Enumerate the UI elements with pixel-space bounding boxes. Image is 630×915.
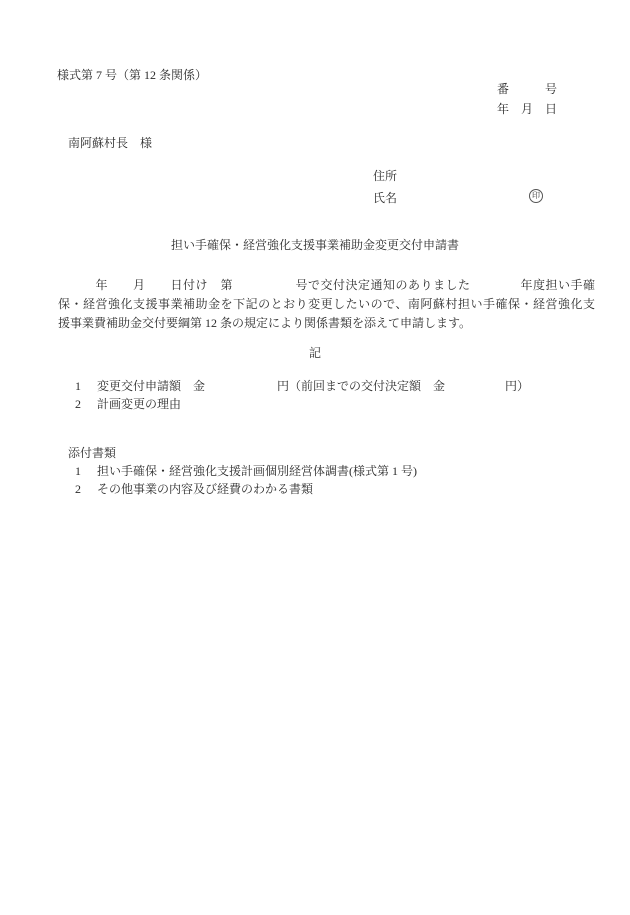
attachment-number: 1: [75, 462, 97, 480]
submitter-block: 住所 氏名: [373, 165, 397, 209]
item-number: 2: [75, 395, 97, 413]
attachment-row: 2その他事業の内容及び経費のわかる書類: [68, 480, 417, 498]
item-row: 1変更交付申請額 金 円（前回までの交付決定額 金 円）: [75, 377, 529, 395]
address-label: 住所: [373, 165, 397, 187]
name-label: 氏名: [373, 187, 397, 209]
addressee: 南阿蘇村長 様: [68, 134, 152, 152]
body-line-1: 年 月 日付け 第 号で交付決定通知のありました 年度担い手確: [58, 276, 595, 295]
attachments-section: 添付書類 1担い手確保・経営強化支援計画個別経営体調書(様式第 1 号) 2その…: [68, 444, 417, 498]
document-title: 担い手確保・経営強化支援事業補助金変更交付申請書: [0, 236, 630, 254]
items-list: 1変更交付申請額 金 円（前回までの交付決定額 金 円） 2計画変更の理由: [75, 377, 529, 413]
body-line-3: 援事業費補助金交付要綱第 12 条の規定により関係書類を添えて申請します。: [58, 314, 595, 333]
attachment-number: 2: [75, 480, 97, 498]
body-paragraph: 年 月 日付け 第 号で交付決定通知のありました 年度担い手確 保・経営強化支援…: [58, 276, 595, 333]
form-number: 様式第 7 号（第 12 条関係）: [57, 66, 207, 84]
seal-character: 印: [532, 192, 540, 200]
item-row: 2計画変更の理由: [75, 395, 529, 413]
item-text: 変更交付申請額 金 円（前回までの交付決定額 金 円）: [97, 379, 529, 393]
document-page: 様式第 7 号（第 12 条関係） 番 号 年 月 日 南阿蘇村長 様 住所 氏…: [0, 0, 630, 915]
date-line: 年 月 日: [497, 99, 557, 119]
reference-block: 番 号 年 月 日: [497, 79, 557, 119]
record-marker: 記: [0, 344, 630, 362]
body-line-2: 保・経営強化支援事業補助金を下記のとおり変更したいので、南阿蘇村担い手確保・経営…: [58, 295, 595, 314]
seal-icon: 印: [529, 189, 543, 203]
item-text: 計画変更の理由: [97, 397, 181, 411]
attachment-row: 1担い手確保・経営強化支援計画個別経営体調書(様式第 1 号): [68, 462, 417, 480]
attachment-text: 担い手確保・経営強化支援計画個別経営体調書(様式第 1 号): [97, 464, 417, 478]
reference-number-line: 番 号: [497, 79, 557, 99]
attachment-text: その他事業の内容及び経費のわかる書類: [97, 482, 313, 496]
attachments-heading: 添付書類: [68, 444, 417, 462]
item-number: 1: [75, 377, 97, 395]
